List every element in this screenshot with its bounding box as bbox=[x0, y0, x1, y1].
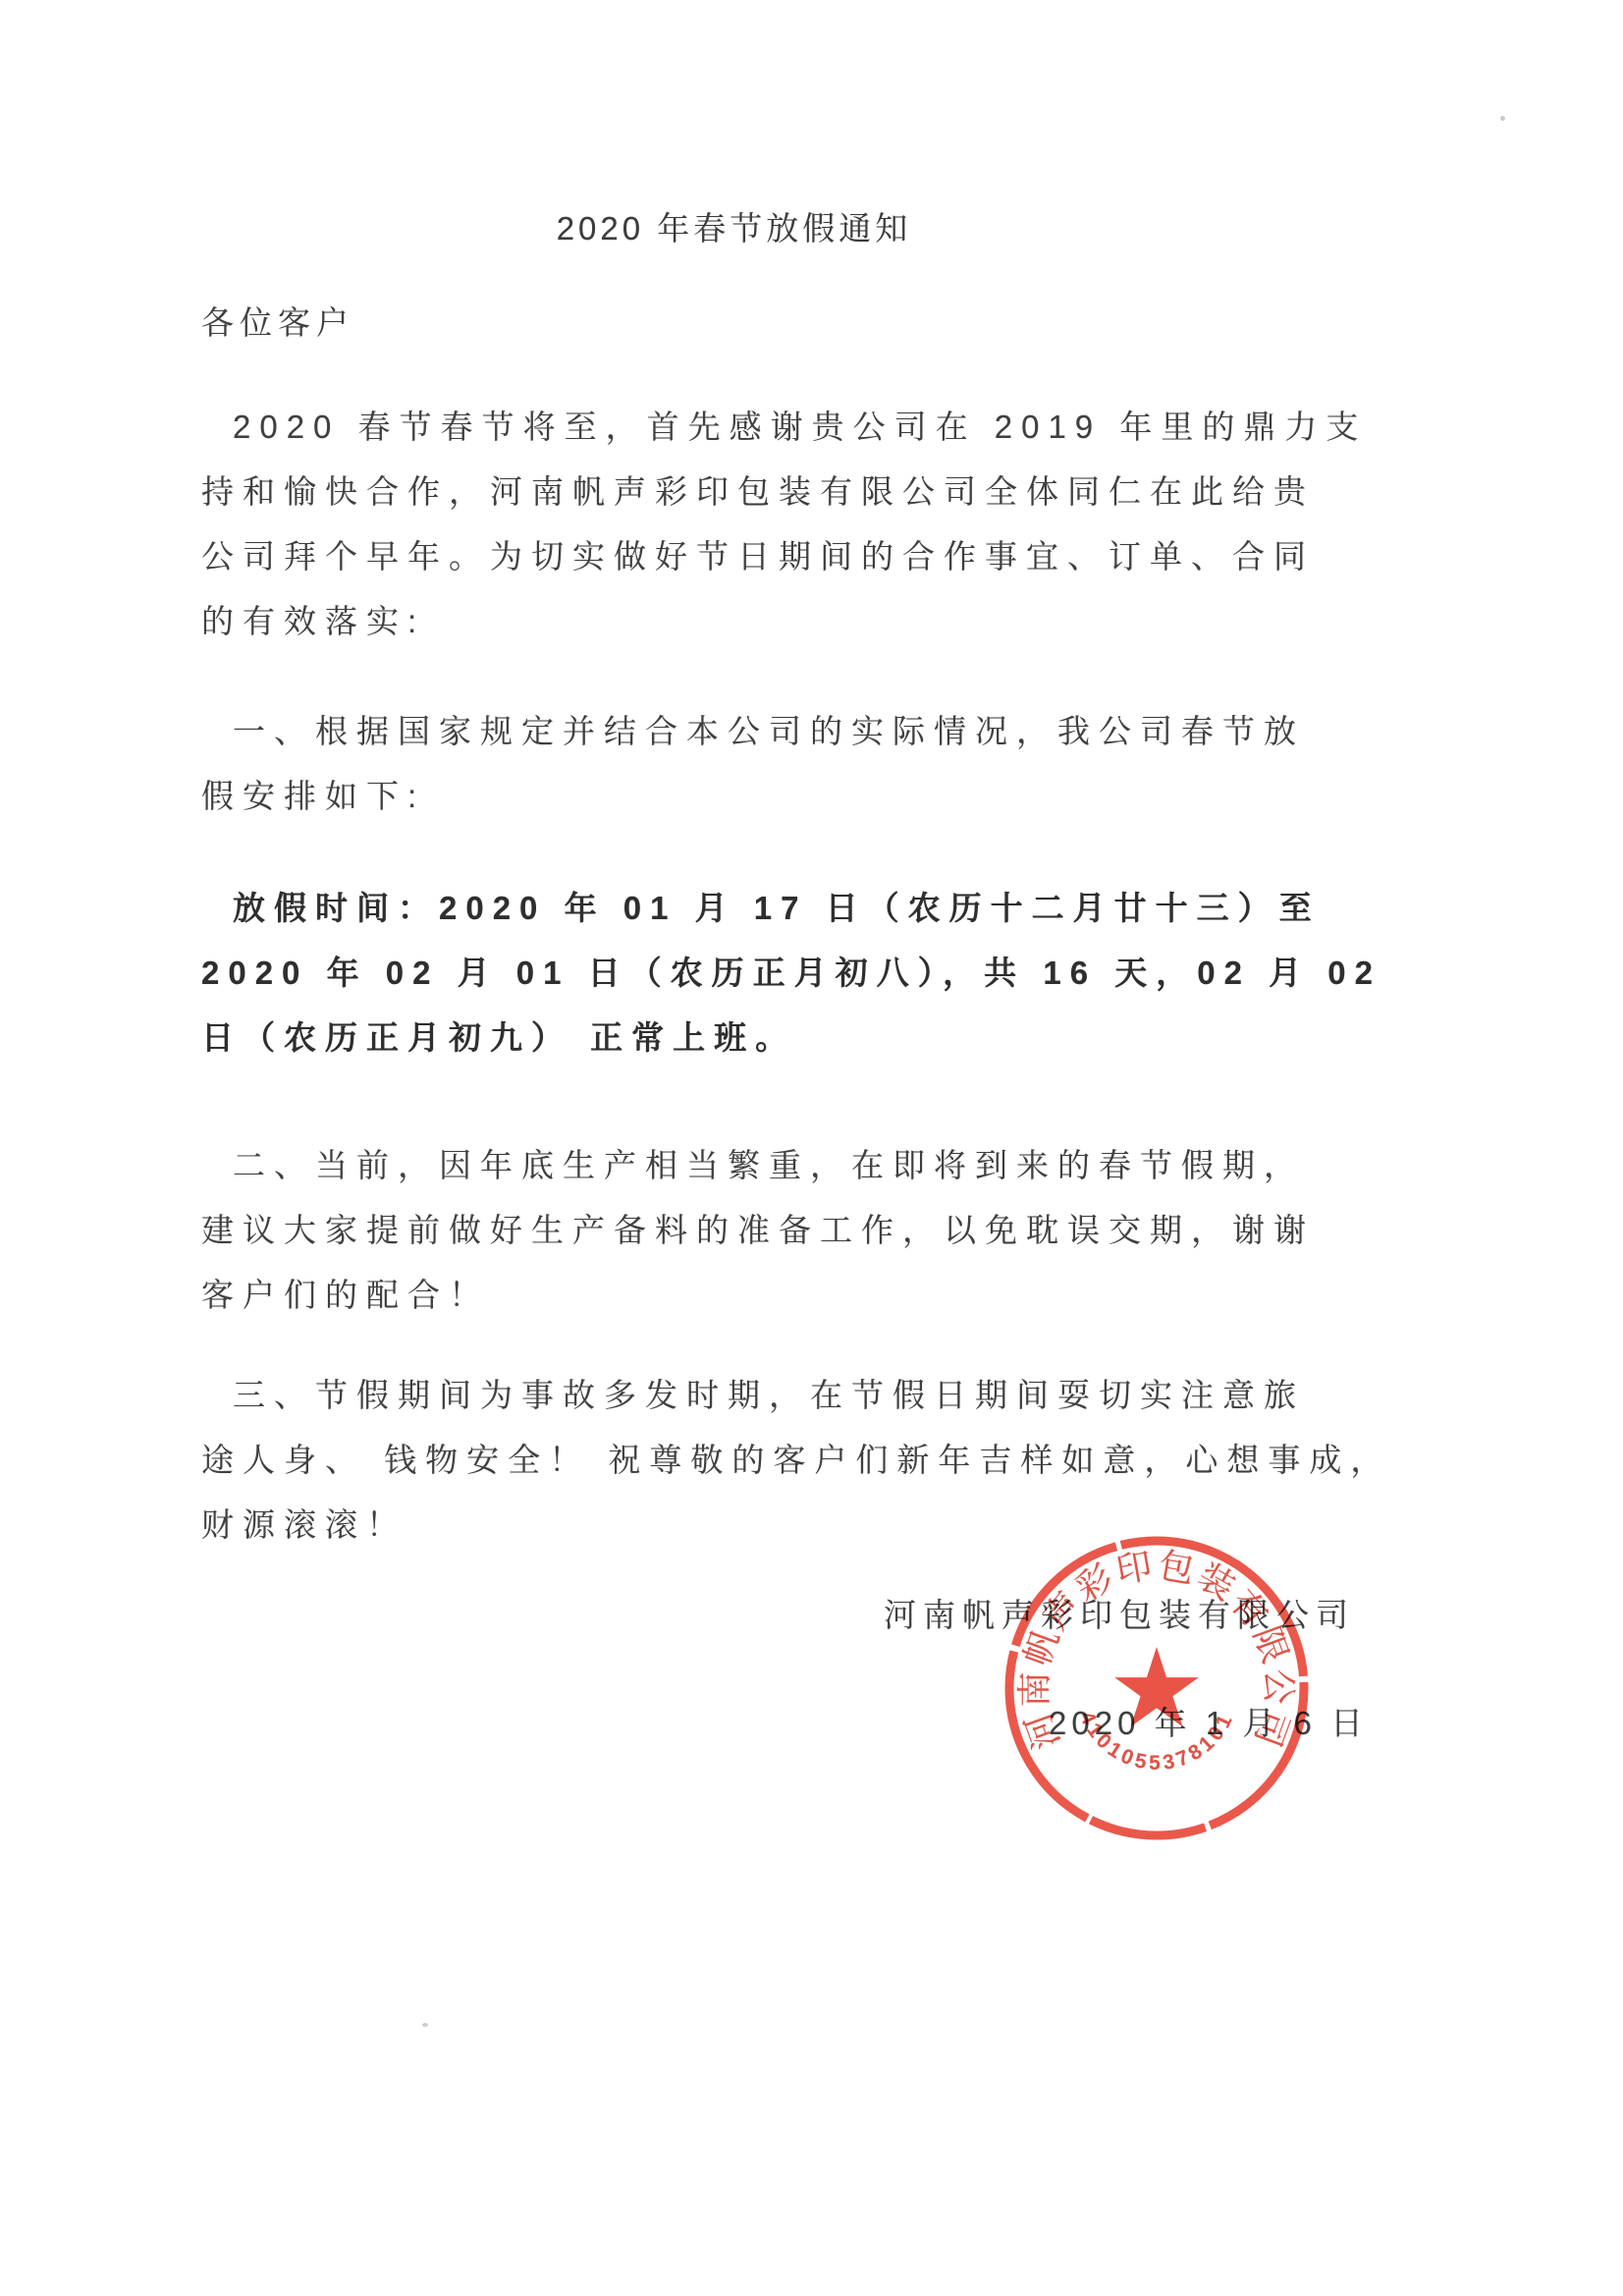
paragraph-item-1: 一、根据国家规定并结合本公司的实际情况，我公司春节放 假安排如下: bbox=[201, 699, 1335, 829]
salutation: 各位客户 bbox=[201, 291, 1335, 355]
signature-date: 2020 年 1 月 6 日 bbox=[201, 1691, 1368, 1756]
paragraph-item-3: 三、节假期间为事故多发时期，在节假日期间耍切实注意旅 途人身、 钱物安全！ 祝尊… bbox=[201, 1363, 1335, 1558]
notice-document-page: 2020 年春节放假通知 各位客户 2020 春节春节将至，首先感谢贵公司在 2… bbox=[0, 0, 1623, 2296]
paragraph-holiday-schedule: 放假时间：2020 年 01 月 17 日（农历十二月廿十三）至 2020 年 … bbox=[201, 876, 1335, 1070]
scan-artifact-dot-top bbox=[1500, 116, 1505, 121]
paragraph-intro: 2020 春节春节将至，首先感谢贵公司在 2019 年里的鼎力支 持和愉快合作，… bbox=[201, 395, 1335, 654]
signature-company-name: 河南帆声彩印包装有限公司 bbox=[201, 1583, 1355, 1648]
paragraph-item-2: 二、当前，因年底生产相当繁重，在即将到来的春节假期， 建议大家提前做好生产备料的… bbox=[201, 1133, 1335, 1328]
notice-title: 2020 年春节放假通知 bbox=[133, 196, 1335, 261]
scan-artifact-dot-bottom bbox=[422, 2023, 428, 2027]
document-content: 2020 年春节放假通知 各位客户 2020 春节春节将至，首先感谢贵公司在 2… bbox=[201, 196, 1335, 1756]
